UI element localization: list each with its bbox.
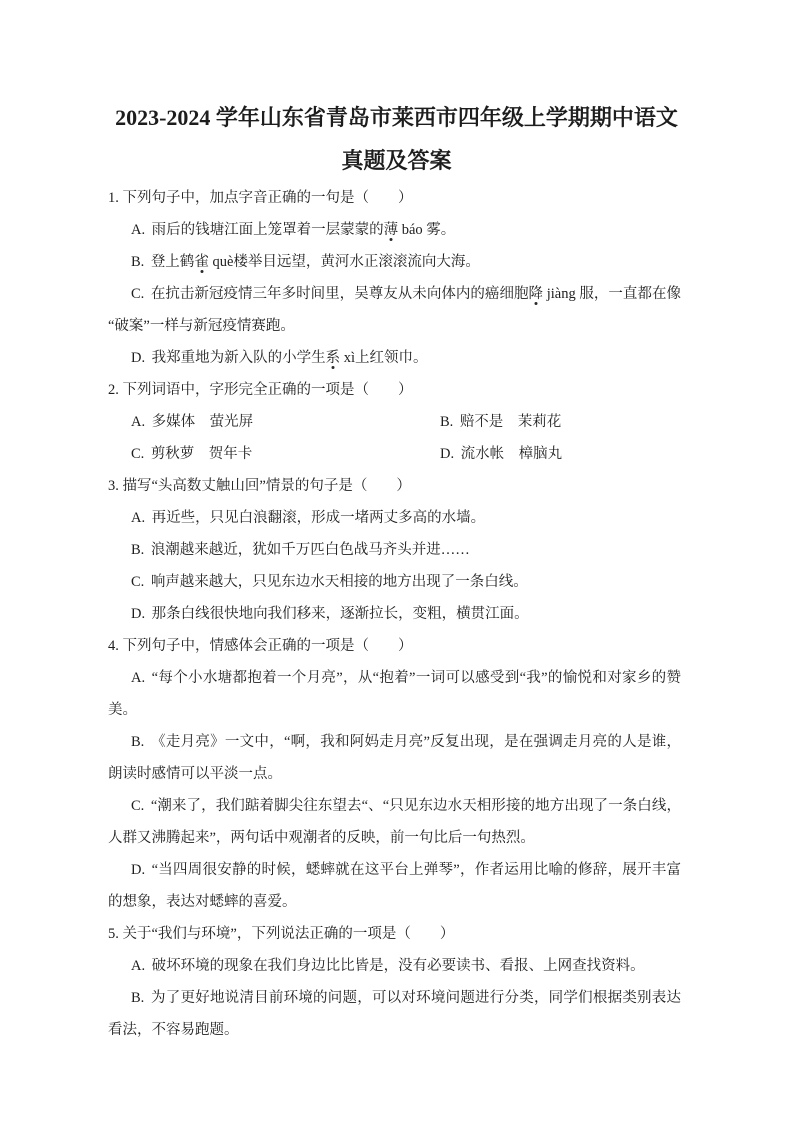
option-label: A. [131,414,145,430]
question-2-option-D: D.流水帐 樟脑丸 [417,438,681,470]
option-label: C. [131,446,144,462]
option-label: D. [131,350,145,366]
document-title-line1: 2023-2024 学年山东省青岛市莱西市四年级上学期期中语文 [100,96,693,139]
question-3-option-C: C.响声越来越大，只见东边水天相接的地方出现了一条白线。 [108,566,681,598]
question-1-option-C: C.在抗击新冠疫情三年多时间里，吴尊友从未向体内的癌细胞降 jiàng 服，一直… [108,278,681,342]
option-label: A. [131,510,145,526]
emphasized-char: 雀 [194,254,209,270]
option-text: báo 雾。 [398,222,455,238]
exam-document-page: 2023-2024 学年山东省青岛市莱西市四年级上学期期中语文 真题及答案 1.… [0,0,793,1122]
option-label: B. [131,542,144,558]
option-label: D. [131,606,145,622]
question-5: 5. 关于“我们与环境”，下列说法正确的一项是（ ）A.破坏环境的现象在我们身边… [108,918,681,1046]
option-label: D. [131,862,145,878]
question-4-option-A: A.“每个小水塘都抱着一个月亮”，从“抱着”一词可以感受到“我”的愉悦和对家乡的… [108,662,681,726]
document-title-line2: 真题及答案 [100,139,693,182]
option-text: “当四周很安静的时候，蟋蟀就在这平台上弹琴”，作者运用比喻的修辞，展开丰富的想象… [108,862,681,910]
option-label: D. [440,446,454,462]
emphasized-char: 系 [326,350,341,366]
option-text: 流水帐 樟脑丸 [461,446,563,462]
questions: 1. 下列句子中，加点字音正确的一句是（ ）A.雨后的钱塘江面上笼罩着一层蒙蒙的… [0,182,793,1046]
question-5-option-A: A.破坏环境的现象在我们身边比比皆是，没有必要读书、看报、上网查找资料。 [108,950,681,982]
question-5-option-B: B.为了更好地说清目前环境的问题，可以对环境问题进行分类，同学们根据类别表达看法… [108,982,681,1046]
option-label: A. [131,670,145,686]
option-text: 破坏环境的现象在我们身边比比皆是，没有必要读书、看报、上网查找资料。 [152,958,645,974]
option-text: 响声越来越大，只见东边水天相接的地方出现了一条白线。 [151,574,528,590]
option-text: 那条白线很快地向我们移来，逐渐拉长，变粗，横贯江面。 [152,606,529,622]
emphasized-char: 降 [529,286,544,302]
question-2-options: A.多媒体 萤光屏B.赔不是 茉莉花C.剪秋萝 贺年卡D.流水帐 樟脑丸 [108,406,681,470]
question-1-option-A: A.雨后的钱塘江面上笼罩着一层蒙蒙的薄 báo 雾。 [108,214,681,246]
option-label: B. [131,734,144,750]
question-3-options: A.再近些，只见白浪翻滚，形成一堵两丈多高的水墙。B.浪潮越来越近，犹如千万匹白… [108,502,681,630]
option-label: B. [440,414,453,430]
question-1: 1. 下列句子中，加点字音正确的一句是（ ）A.雨后的钱塘江面上笼罩着一层蒙蒙的… [108,182,681,374]
option-text: “每个小水塘都抱着一个月亮”，从“抱着”一词可以感受到“我”的愉悦和对家乡的赞美… [108,670,681,718]
option-label: A. [131,222,145,238]
option-text: 登上鹤 [151,254,195,270]
question-2: 2. 下列词语中，字形完全正确的一项是（ ）A.多媒体 萤光屏B.赔不是 茉莉花… [108,374,681,470]
question-3-option-D: D.那条白线很快地向我们移来，逐渐拉长，变粗，横贯江面。 [108,598,681,630]
question-4: 4. 下列句子中，情感体会正确的一项是（ ）A.“每个小水塘都抱着一个月亮”，从… [108,630,681,918]
option-text: 赔不是 茉莉花 [460,414,562,430]
question-3: 3. 描写“头高数丈触山回”情景的句子是（ ）A.再近些，只见白浪翻滚，形成一堵… [108,470,681,630]
document-title: 2023-2024 学年山东省青岛市莱西市四年级上学期期中语文 真题及答案 [0,0,793,182]
question-4-option-C: C.“潮来了，我们踮着脚尖往东望去“、“只见东边水天相形接的地方出现了一条白线，… [108,790,681,854]
option-text: 我郑重地为新入队的小学生 [152,350,326,366]
question-4-option-D: D.“当四周很安静的时候，蟋蟀就在这平台上弹琴”，作者运用比喻的修辞，展开丰富的… [108,854,681,918]
option-label: B. [131,254,144,270]
question-3-option-B: B.浪潮越来越近，犹如千万匹白色战马齐头并进…… [108,534,681,566]
option-text: 《走月亮》一文中，“啊，我和阿妈走月亮”反复出现，是在强调走月亮的人是谁，朗读时… [108,734,681,782]
option-text: 多媒体 萤光屏 [152,414,254,430]
option-text: xì上红领巾。 [340,350,427,366]
question-1-option-D: D.我郑重地为新入队的小学生系 xì上红领巾。 [108,342,681,374]
option-label: C. [131,574,144,590]
question-5-stem: 5. 关于“我们与环境”，下列说法正确的一项是（ ） [108,918,681,950]
option-label: A. [131,958,145,974]
question-5-options: A.破坏环境的现象在我们身边比比皆是，没有必要读书、看报、上网查找资料。B.为了… [108,950,681,1046]
option-text: què楼举目远望，黄河水正滚滚流向大海。 [209,254,480,270]
question-1-option-B: B.登上鹤雀 què楼举目远望，黄河水正滚滚流向大海。 [108,246,681,278]
question-3-option-A: A.再近些，只见白浪翻滚，形成一堵两丈多高的水墙。 [108,502,681,534]
option-label: C. [131,798,144,814]
question-3-stem: 3. 描写“头高数丈触山回”情景的句子是（ ） [108,470,681,502]
option-text: 再近些，只见白浪翻滚，形成一堵两丈多高的水墙。 [152,510,486,526]
question-1-stem: 1. 下列句子中，加点字音正确的一句是（ ） [108,182,681,214]
question-4-stem: 4. 下列句子中，情感体会正确的一项是（ ） [108,630,681,662]
question-2-option-B: B.赔不是 茉莉花 [417,406,681,438]
option-text: 在抗击新冠疫情三年多时间里，吴尊友从未向体内的癌细胞 [151,286,529,302]
option-text: 剪秋萝 贺年卡 [151,446,253,462]
question-2-option-A: A.多媒体 萤光屏 [108,406,417,438]
question-4-option-B: B.《走月亮》一文中，“啊，我和阿妈走月亮”反复出现，是在强调走月亮的人是谁，朗… [108,726,681,790]
question-4-options: A.“每个小水塘都抱着一个月亮”，从“抱着”一词可以感受到“我”的愉悦和对家乡的… [108,662,681,918]
option-text: 浪潮越来越近，犹如千万匹白色战马齐头并进…… [151,542,470,558]
option-text: 为了更好地说清目前环境的问题，可以对环境问题进行分类，同学们根据类别表达看法，不… [108,990,681,1038]
option-label: C. [131,286,144,302]
emphasized-char: 薄 [384,222,399,238]
option-label: B. [131,990,144,1006]
question-1-options: A.雨后的钱塘江面上笼罩着一层蒙蒙的薄 báo 雾。B.登上鹤雀 què楼举目远… [108,214,681,374]
question-2-option-C: C.剪秋萝 贺年卡 [108,438,417,470]
option-text: “潮来了，我们踮着脚尖往东望去“、“只见东边水天相形接的地方出现了一条白线，人群… [108,798,681,846]
option-text: 雨后的钱塘江面上笼罩着一层蒙蒙的 [152,222,384,238]
question-2-stem: 2. 下列词语中，字形完全正确的一项是（ ） [108,374,681,406]
